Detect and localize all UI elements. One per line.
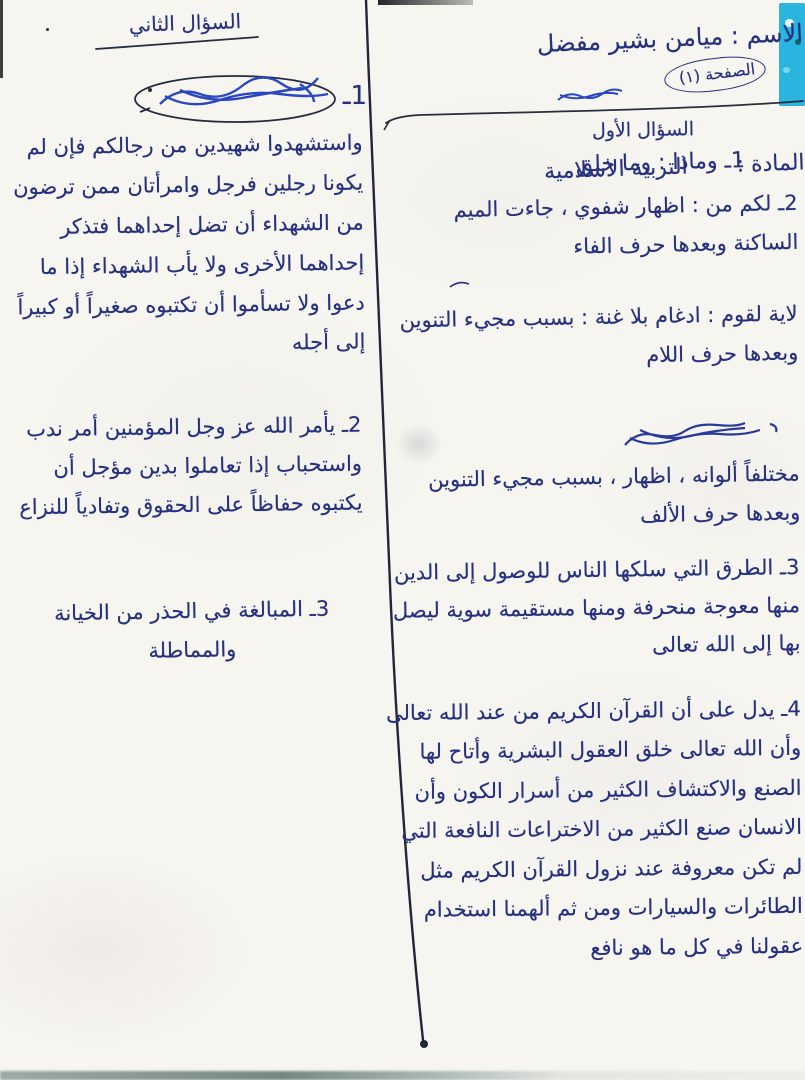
eraser-smudge [396,424,442,464]
q1-item-2: 2ـ لكم من : اظهار شفوي ، جاءت الميم السا… [399,184,799,270]
second-question-title: السؤال الثاني [99,3,270,43]
q1-item-1: 1ـ وماذا : وما خلق [445,142,746,187]
q1-item-2b-text: لاية لقوم : ادغام بلا غنة : بسبب مجيء ال… [397,295,798,380]
q1-item-3: 3ـ الطرق التي سلكها الناس للوصول إلى الد… [385,549,801,668]
divider-end-blot [420,1040,428,1048]
q2-item-3-text: 3ـ المبالغة في الحذر من الخيانة والمماطل… [31,589,352,672]
q2-item-2-text: 2ـ يأمر الله عز وجل المؤمنين أمر ندب واس… [9,406,363,527]
ink-dot [148,88,152,92]
scan-edge-artifact-top [378,0,473,5]
q2-verse-text: واستشهدوا شهيدين من رجالكم فإن لم يكونا … [2,123,365,367]
stray-pen-mark [450,283,469,287]
underline-tick [384,120,390,130]
q1-item-2b: لاية لقوم : ادغام بلا غنة : بسبب مجيء ال… [397,295,798,380]
q2-item-1-number: 1ـ [322,74,367,118]
q1-item-2c-text: مختلفاً ألوانه ، اظهار ، بسبب مجيء التنو… [391,454,800,539]
q2-item-3: 3ـ المبالغة في الحذر من الخيانة والمماطل… [31,589,352,672]
q1-item-4: 4ـ يدل على أن القرآن الكريم من عند الله … [379,690,804,971]
q2-item-1-number-text: 1ـ [322,74,367,118]
q2-item-1-verse: واستشهدوا شهيدين من رجالكم فإن لم يكونا … [2,123,365,367]
scribbled-out-word [625,423,776,445]
circled-scribbled-out-word [135,76,335,122]
q1-item-2-text: 2ـ لكم من : اظهار شفوي ، جاءت الميم السا… [399,184,799,270]
second-question-heading: السؤال الثاني [99,3,270,43]
scan-edge-artifact-left [0,0,3,78]
q1-item-2c: مختلفاً ألوانه ، اظهار ، بسبب مجيء التنو… [391,454,800,539]
scan-edge-artifact-bottom [0,1071,805,1080]
q1-item-3-text: 3ـ الطرق التي سلكها الناس للوصول إلى الد… [385,549,801,668]
q1-item-4-text: 4ـ يدل على أن القرآن الكريم من عند الله … [379,690,804,971]
ink-dot [46,28,49,31]
scanned-handwritten-exam-page: { "colors": { "ink": "#26307d", "scribbl… [0,0,805,1080]
q1-item-1-text: 1ـ وماذا : وما خلق [445,142,746,187]
q2-item-2: 2ـ يأمر الله عز وجل المؤمنين أمر ندب واس… [9,406,363,527]
